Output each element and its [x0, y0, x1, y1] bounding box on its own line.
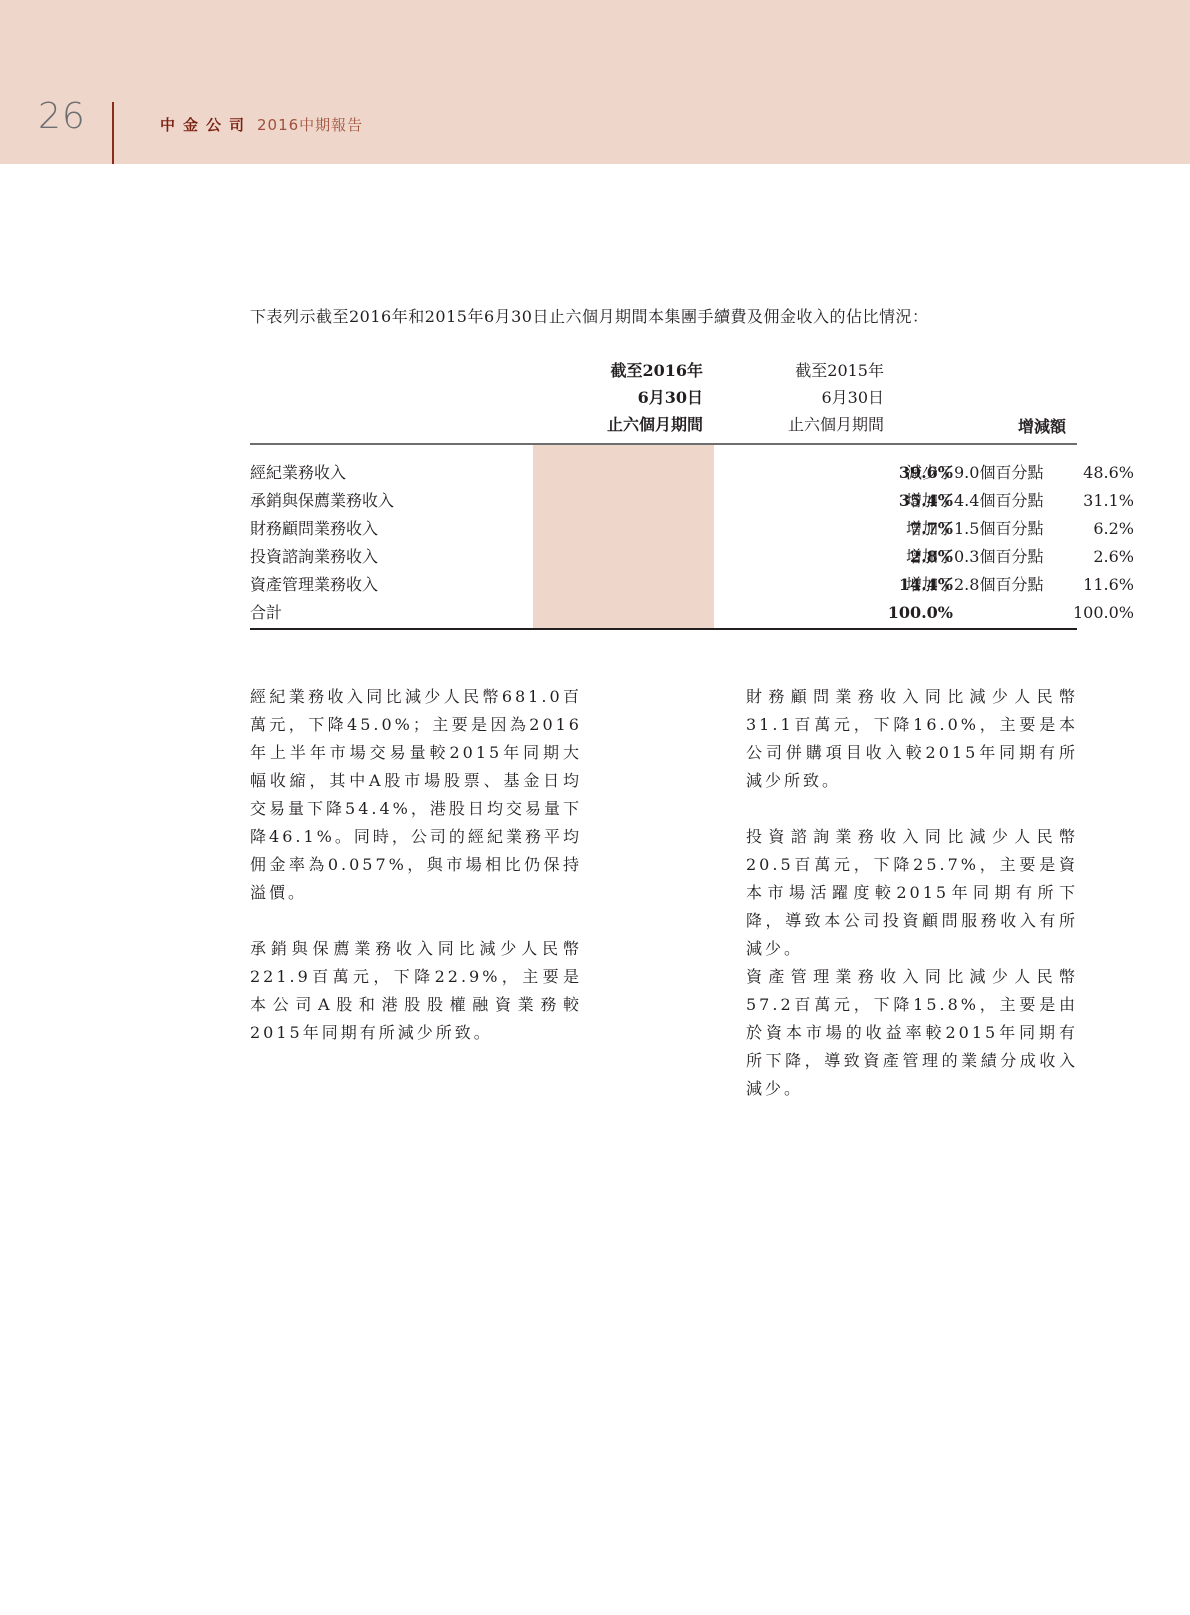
header-2016: 截至2016年 6月30日 止六個月期間: [530, 357, 703, 438]
paragraph-financial-advisory: 財務顧問業務收入同比減少人民幣31.1百萬元，下降16.0%，主要是本公司併購項…: [746, 683, 1078, 795]
report-title: 2016中期報告: [257, 114, 363, 135]
page-header-band: 26 中金公司 2016中期報告: [0, 0, 1190, 164]
table-total-row: 合計 100.0% 100.0%: [250, 599, 1077, 627]
table-row: 財務顧問業務收入 7.7% 6.2% 增加了1.5個百分點: [250, 515, 1077, 543]
header-divider: [112, 102, 114, 164]
header-2015: 截至2015年 6月30日 止六個月期間: [712, 357, 884, 438]
header-change: 增減額: [890, 413, 1066, 440]
paragraph-asset-management: 資產管理業務收入同比減少人民幣57.2百萬元，下降15.8%，主要是由於資本市場…: [746, 963, 1078, 1103]
page-number: 26: [38, 96, 86, 137]
table-bottom-rule: [250, 628, 1077, 630]
table-intro: 下表列示截至2016年和2015年6月30日止六個月期間本集團手續費及佣金收入的…: [250, 304, 928, 327]
paragraph-brokerage: 經紀業務收入同比減少人民幣681.0百萬元，下降45.0%；主要是因為2016年…: [250, 683, 582, 907]
paragraph-underwriting: 承銷與保薦業務收入同比減少人民幣221.9百萬元，下降22.9%，主要是本公司A…: [250, 935, 582, 1047]
table-row: 資產管理業務收入 14.4% 11.6% 增加了2.8個百分點: [250, 571, 1077, 599]
brand-name: 中金公司: [160, 114, 252, 135]
table-row: 經紀業務收入 39.6% 48.6% 減少了9.0個百分點: [250, 459, 1077, 487]
table-top-rule: [250, 443, 1077, 445]
paragraph-investment-advisory: 投資諮詢業務收入同比減少人民幣20.5百萬元，下降25.7%，主要是資本市場活躍…: [746, 823, 1078, 963]
table-row: 投資諮詢業務收入 2.8% 2.6% 增加了0.3個百分點: [250, 543, 1077, 571]
table-row: 承銷與保薦業務收入 35.4% 31.1% 增加了4.4個百分點: [250, 487, 1077, 515]
